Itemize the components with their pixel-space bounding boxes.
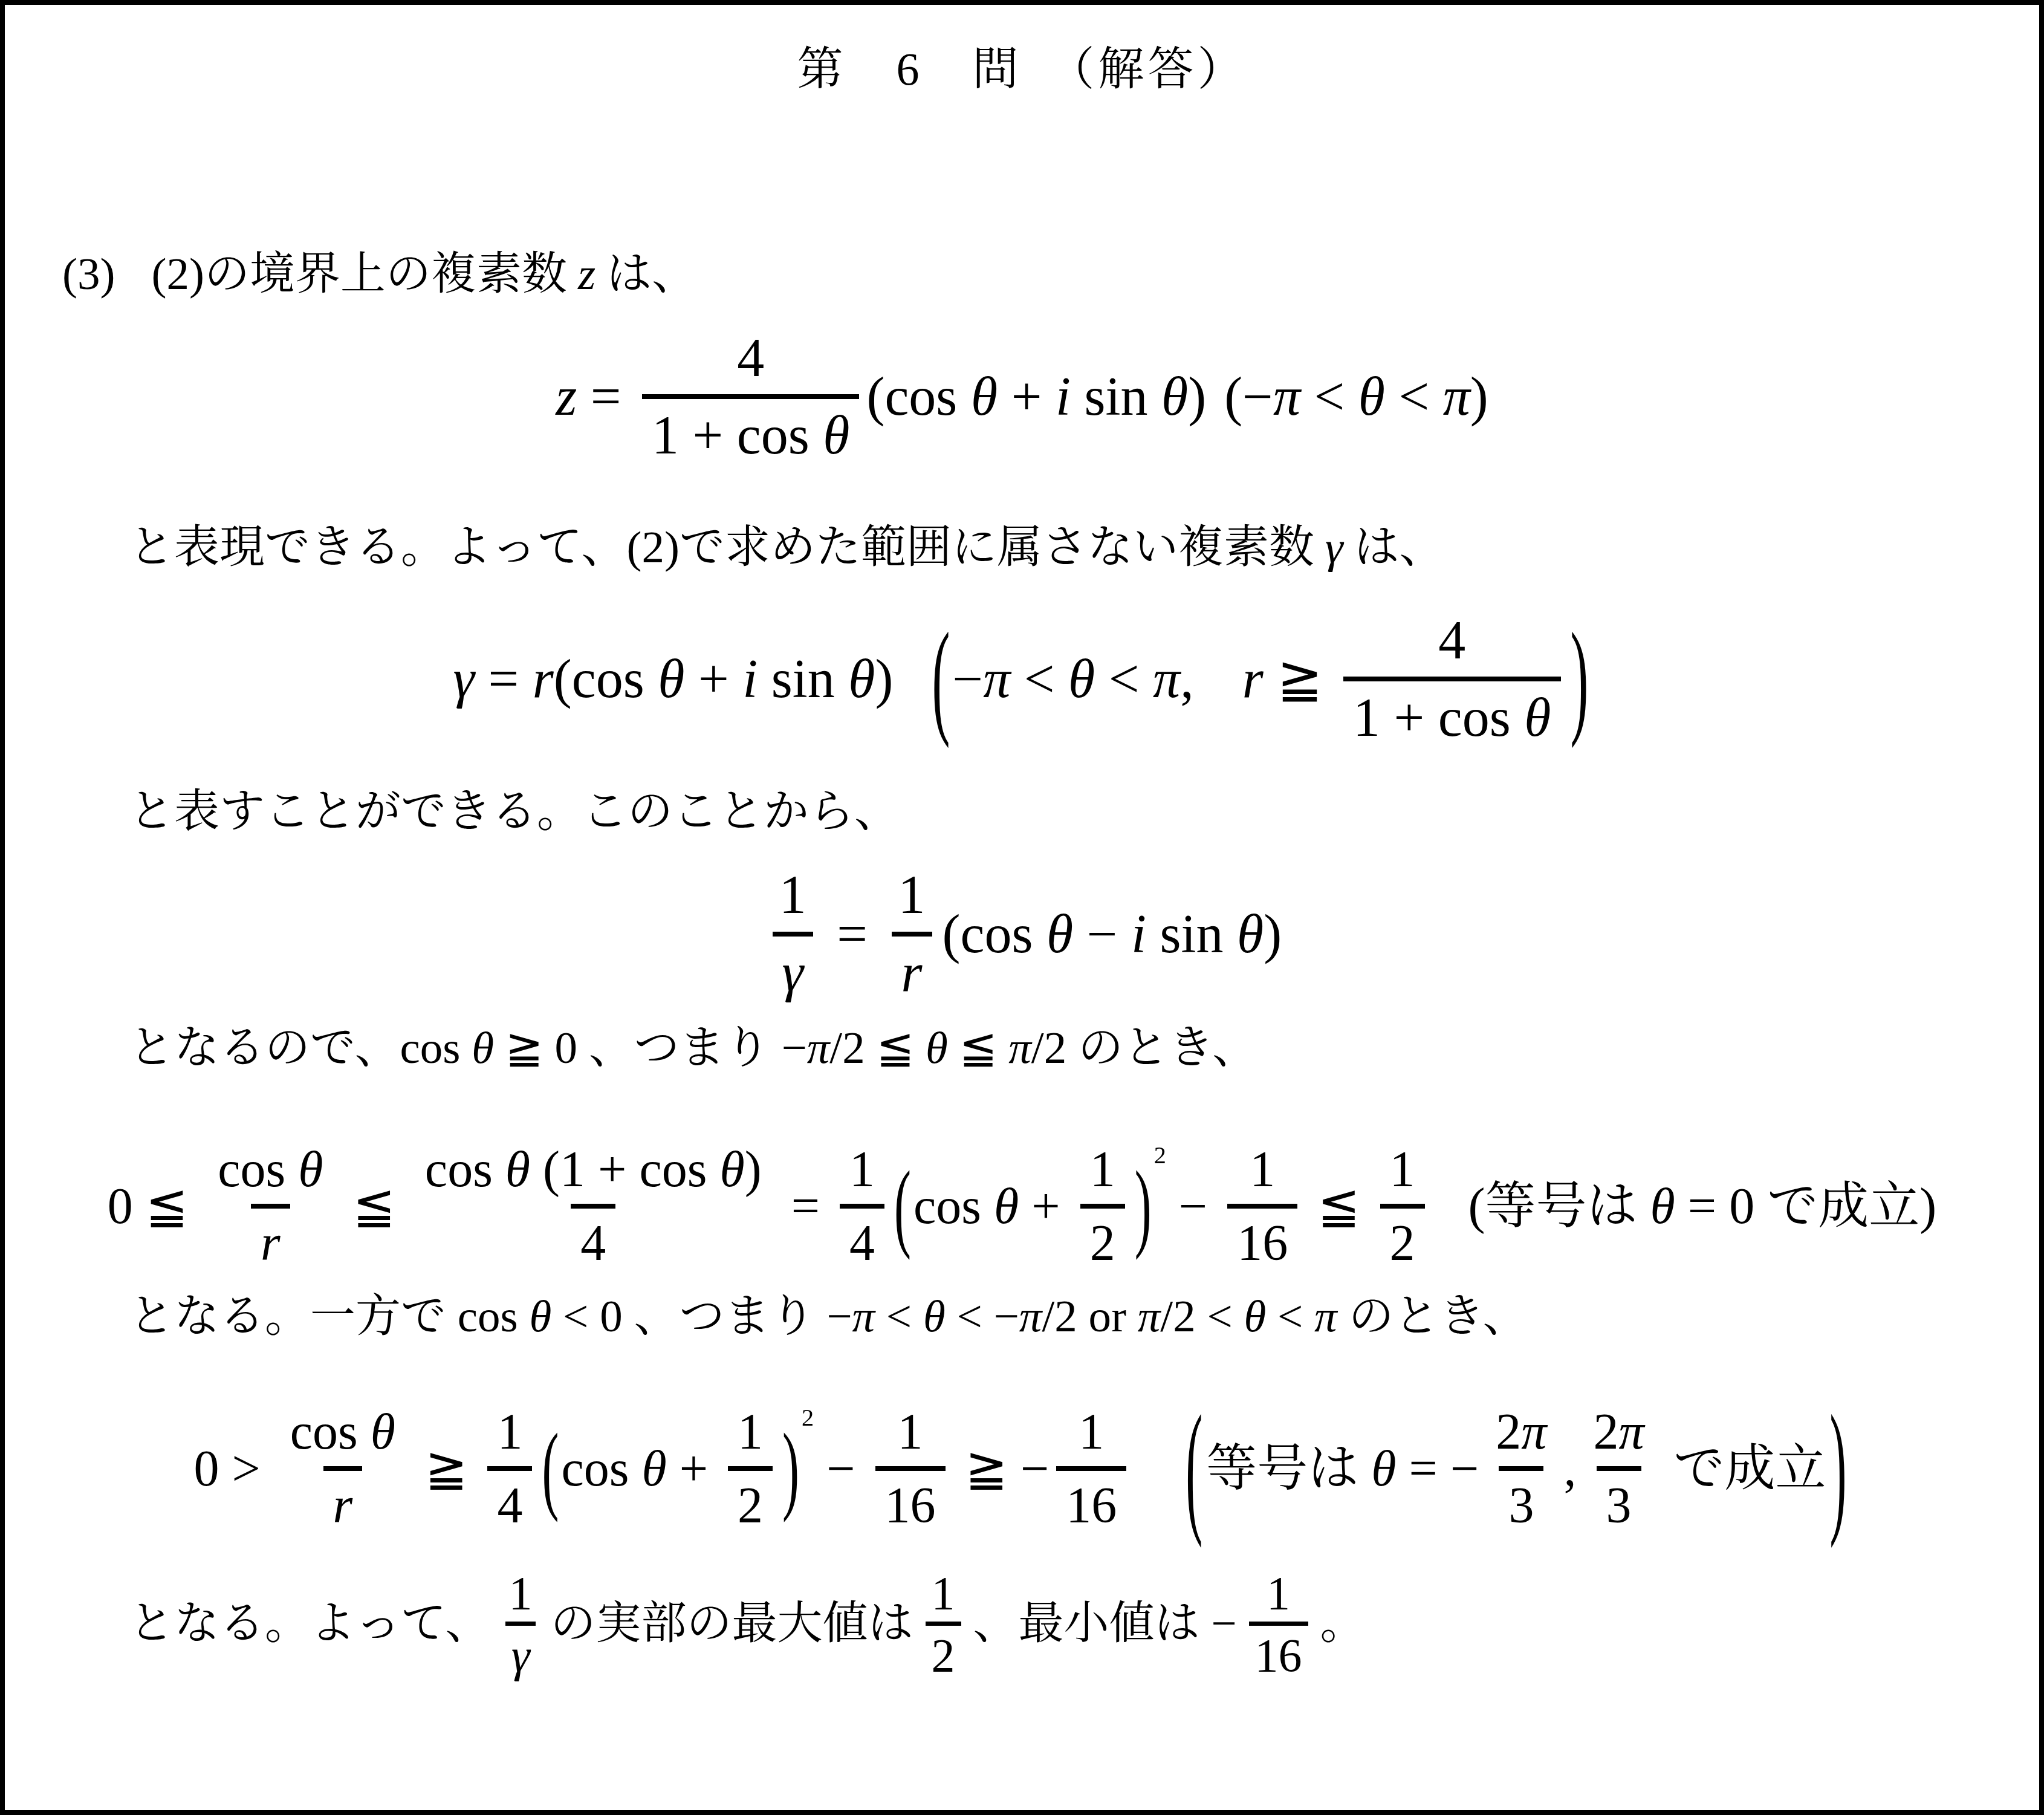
math-var-theta: θ	[971, 369, 998, 426]
cos-label: cos	[913, 1180, 994, 1233]
numerator: cos θ	[208, 1143, 333, 1204]
jp-text: 、つまり	[634, 1291, 826, 1342]
formula-cos-positive-case: 0 ≦ cos θr ≦ cos θ (1 + cos θ)4 = 14(cos…	[5, 1143, 2039, 1270]
denominator: γ	[773, 932, 813, 1002]
denominator: 2	[1380, 1204, 1425, 1270]
numerator: 1	[926, 1570, 961, 1622]
math-var-r: r	[1242, 651, 1264, 709]
formula-reciprocal: 1γ = 1r(cos θ − i sin θ)	[5, 867, 2039, 1002]
fraction: cos θ (1 + cos θ)4	[415, 1143, 771, 1270]
big-paren-close: )	[782, 1417, 799, 1521]
denominator: 16	[875, 1466, 946, 1533]
equals-sign: =	[475, 651, 533, 709]
math-var-pi: π	[1443, 369, 1470, 426]
denominator: 1 + cos θ	[642, 394, 859, 465]
math-var-i: i	[742, 651, 758, 709]
math-var-pi: π	[852, 1291, 875, 1342]
fraction: 116	[1249, 1570, 1308, 1679]
numerator: 1	[1240, 1143, 1285, 1204]
lt-zero: < 0	[551, 1291, 634, 1342]
zero: 0	[193, 1443, 219, 1496]
math-var-theta: θ	[923, 1291, 946, 1342]
cos-label: cos	[961, 906, 1046, 964]
denominator: 3	[1597, 1466, 1641, 1533]
sin-label: sin	[758, 651, 848, 709]
numerator: 1	[1260, 1570, 1296, 1622]
denominator: r	[892, 932, 932, 1002]
denominator: 3	[1499, 1466, 1543, 1533]
jp-text: と表すことができる。このことから、	[129, 787, 900, 837]
numerator: 4	[1429, 612, 1475, 677]
jp-text: 、つまり	[589, 1023, 782, 1073]
numerator: 1	[1069, 1406, 1114, 1466]
math-var-pi: π	[807, 1023, 830, 1073]
or-label: or	[1089, 1291, 1126, 1342]
geq-sign: ≧	[412, 1443, 480, 1496]
denominator: r	[323, 1466, 363, 1533]
formula-cos-negative-case: 0 > cos θr ≧ 14(cos θ + 12)2 − 116 ≧ −11…	[5, 1406, 2039, 1533]
fraction: cos θr	[208, 1143, 333, 1270]
comma: ,	[1180, 651, 1194, 709]
math-var-theta: θ	[1046, 906, 1073, 964]
denominator: γ	[505, 1622, 536, 1679]
numerator: cos θ (1 + cos θ)	[415, 1143, 771, 1204]
paren-close: )	[1264, 906, 1282, 964]
fraction: 2π3	[1583, 1406, 1653, 1533]
math-var-pi: π	[1019, 1291, 1042, 1342]
math-var-theta: θ	[848, 651, 875, 709]
big-paren-close: )	[1830, 1392, 1847, 1547]
fraction: 41 + cos θ	[642, 330, 859, 465]
math-var-theta: θ	[1371, 1443, 1396, 1496]
page-title: 第 6 問 （解答）	[5, 32, 2039, 98]
denominator: 16	[1249, 1622, 1308, 1679]
big-paren-close: )	[1135, 1155, 1152, 1259]
numerator: 1	[503, 1570, 539, 1622]
paragraph-4: となるので、cos θ ≧ 0 、つまり −π/2 ≦ θ ≦ π/2 のとき、	[129, 1020, 2003, 1077]
math-var-theta: θ	[994, 1180, 1019, 1233]
fraction: 12	[728, 1406, 773, 1533]
fraction: 1r	[889, 867, 935, 1002]
equals-sign: =	[823, 906, 881, 964]
jp-text: となるので、	[129, 1023, 400, 1073]
cos-label: cos	[458, 1291, 530, 1342]
math-var-theta: θ	[1237, 906, 1264, 964]
equality-note: 等号は	[1206, 1443, 1371, 1496]
math-var-theta: θ	[658, 651, 684, 709]
numerator: 1	[728, 1406, 773, 1466]
geq-minus: ≧ −	[953, 1443, 1050, 1496]
geq-sign: ≧	[1264, 651, 1336, 709]
equality-note: (等号は	[1468, 1180, 1650, 1233]
math-var-theta: θ	[472, 1023, 494, 1073]
fraction: 41 + cos θ	[1343, 612, 1560, 747]
cos-label: cos	[572, 651, 658, 709]
big-paren-open: (	[1186, 1392, 1202, 1547]
paren-open: (−	[1224, 369, 1273, 426]
math-var-pi: π	[1153, 651, 1180, 709]
math-var-i: i	[1056, 369, 1071, 426]
paren-close: )	[875, 651, 893, 709]
fraction: 1γ	[503, 1570, 539, 1679]
numerator: 4	[727, 330, 774, 395]
less-than: <	[1010, 651, 1068, 709]
math-var-theta: θ	[926, 1023, 948, 1073]
paren-close: )	[1470, 369, 1488, 426]
cos-label: cos	[400, 1023, 472, 1073]
jp-text: のとき、	[1337, 1291, 1528, 1342]
geq-zero: ≧ 0	[494, 1023, 589, 1073]
jp-text: のとき、	[1078, 1023, 1257, 1073]
paren-close: )	[1188, 369, 1206, 426]
fraction: 12	[1380, 1143, 1425, 1270]
denominator: 4	[571, 1204, 615, 1270]
jp-text: 、最小値は	[973, 1596, 1212, 1652]
minus-sign: −	[952, 651, 983, 709]
plus-sign: +	[1019, 1180, 1072, 1233]
numerator: 2π	[1583, 1406, 1653, 1466]
leq-sign: ≦	[133, 1180, 201, 1233]
numerator: cos θ	[281, 1406, 405, 1466]
big-paren-open: (	[542, 1417, 559, 1521]
denominator: 2	[728, 1466, 773, 1533]
fraction: 116	[875, 1406, 946, 1533]
fraction: 12	[926, 1570, 961, 1679]
cos-label: cos	[884, 369, 970, 426]
math-var-theta: θ	[1358, 369, 1385, 426]
equality-note: で成立)	[1767, 1180, 1936, 1233]
minus-sign: −	[1211, 1596, 1236, 1652]
math-var-theta: θ	[641, 1443, 666, 1496]
zero: 0	[108, 1180, 133, 1233]
math-var-pi: π	[1314, 1291, 1337, 1342]
equality-note: で成立	[1661, 1443, 1826, 1496]
numerator: 1	[888, 1406, 933, 1466]
less-than: <	[1095, 651, 1153, 709]
math-var-theta: θ	[1650, 1180, 1675, 1233]
denominator: 4	[487, 1466, 532, 1533]
big-paren-close: )	[1571, 612, 1589, 747]
math-var-theta: θ	[530, 1291, 552, 1342]
superscript-2: 2	[802, 1405, 814, 1430]
document-page: 第 6 問 （解答） (3)(2)の境界上の複素数zは、 z = 41 + co…	[0, 0, 2044, 1815]
sin-label: sin	[1071, 369, 1161, 426]
denominator: 2	[1080, 1204, 1125, 1270]
denominator: 1 + cos θ	[1343, 677, 1560, 747]
paren-open: (	[943, 906, 961, 964]
math-var-gamma: γ	[1325, 522, 1343, 573]
plus-sign: +	[998, 369, 1056, 426]
cos-label: cos	[561, 1443, 641, 1496]
comma: ,	[1563, 1443, 1576, 1496]
paragraph-1: (3)(2)の境界上の複素数zは、	[62, 246, 2003, 303]
math-var-z: z	[578, 249, 595, 299]
jp-text: 。	[1320, 1596, 1366, 1652]
denominator: 4	[840, 1204, 884, 1270]
equals-sign: =	[577, 369, 635, 426]
paragraph-2: と表現できる。よって、(2)で求めた範囲に属さない複素数γは、	[129, 519, 2003, 576]
math-var-gamma: γ	[453, 651, 474, 709]
math-var-z: z	[556, 369, 577, 426]
numerator: 1	[889, 867, 935, 932]
math-var-theta: θ	[1068, 651, 1095, 709]
plus-sign: +	[667, 1443, 721, 1496]
paragraph-3: と表すことができる。このことから、	[129, 784, 2003, 840]
math-var-theta: θ	[1244, 1291, 1266, 1342]
paren-open: (	[866, 369, 884, 426]
big-paren-open: (	[932, 612, 950, 747]
fraction: 12	[1080, 1143, 1125, 1270]
jp-text: となる。よって、	[129, 1596, 491, 1652]
jp-text: と表現できる。よって、(2)で求めた範囲に属さない複素数	[129, 522, 1314, 573]
jp-text: は、	[606, 249, 697, 299]
less-than: <	[1300, 369, 1358, 426]
jp-text: の実部の最大値は	[551, 1596, 913, 1652]
math-var-pi: π	[1138, 1291, 1161, 1342]
fraction: 116	[1227, 1143, 1297, 1270]
numerator: 1	[1380, 1143, 1425, 1204]
minus-sign: −	[1166, 1180, 1220, 1233]
denominator: 16	[1056, 1466, 1126, 1533]
jp-text: は、	[1354, 522, 1445, 573]
plus-sign: +	[684, 651, 742, 709]
paragraph-5: となる。一方で cos θ < 0 、つまり −π < θ < −π/2 or …	[129, 1288, 2015, 1345]
fraction: 2π3	[1486, 1406, 1556, 1533]
numerator: 1	[487, 1406, 532, 1466]
minus-sign: −	[814, 1443, 868, 1496]
numerator: 2π	[1486, 1406, 1556, 1466]
item-number: (3)	[62, 249, 115, 299]
math-var-r: r	[533, 651, 554, 709]
paren-open: (	[554, 651, 572, 709]
equals-sign: =	[779, 1180, 832, 1233]
minus-sign: −	[1073, 906, 1131, 964]
less-than: <	[1385, 369, 1443, 426]
denominator: 2	[926, 1622, 961, 1679]
paragraph-6-conclusion: となる。よって、1γの実部の最大値は12、最小値は −116。	[129, 1570, 2015, 1679]
math-var-i: i	[1131, 906, 1146, 964]
jp-text: (2)の境界上の複素数	[151, 249, 566, 299]
leq-sign: ≦	[1305, 1180, 1372, 1233]
denominator: r	[251, 1204, 290, 1270]
sin-label: sin	[1146, 906, 1237, 964]
fraction: cos θr	[281, 1406, 405, 1533]
math-var-pi: π	[983, 651, 1010, 709]
fraction: 14	[840, 1143, 884, 1270]
numerator: 1	[840, 1143, 884, 1204]
leq-sign: ≦	[340, 1180, 407, 1233]
numerator: 1	[770, 867, 816, 932]
math-var-pi: π	[1008, 1023, 1031, 1073]
big-paren-open: (	[894, 1155, 911, 1259]
denominator: 16	[1227, 1204, 1297, 1270]
numerator: 1	[1080, 1143, 1125, 1204]
fraction: 14	[487, 1406, 532, 1533]
math-var-pi: π	[1273, 369, 1300, 426]
fraction: 116	[1056, 1406, 1126, 1533]
math-var-theta: θ	[1161, 369, 1188, 426]
fraction: 1γ	[770, 867, 816, 1002]
gt-sign: >	[219, 1443, 273, 1496]
jp-text: となる。一方で	[129, 1291, 458, 1342]
formula-z-boundary: z = 41 + cos θ(cos θ + i sin θ)(−π < θ <…	[5, 330, 2039, 465]
formula-gamma-region: γ = r(cos θ + i sin θ)(−π < θ < π,r ≧ 41…	[5, 612, 2039, 747]
superscript-2: 2	[1154, 1143, 1166, 1168]
